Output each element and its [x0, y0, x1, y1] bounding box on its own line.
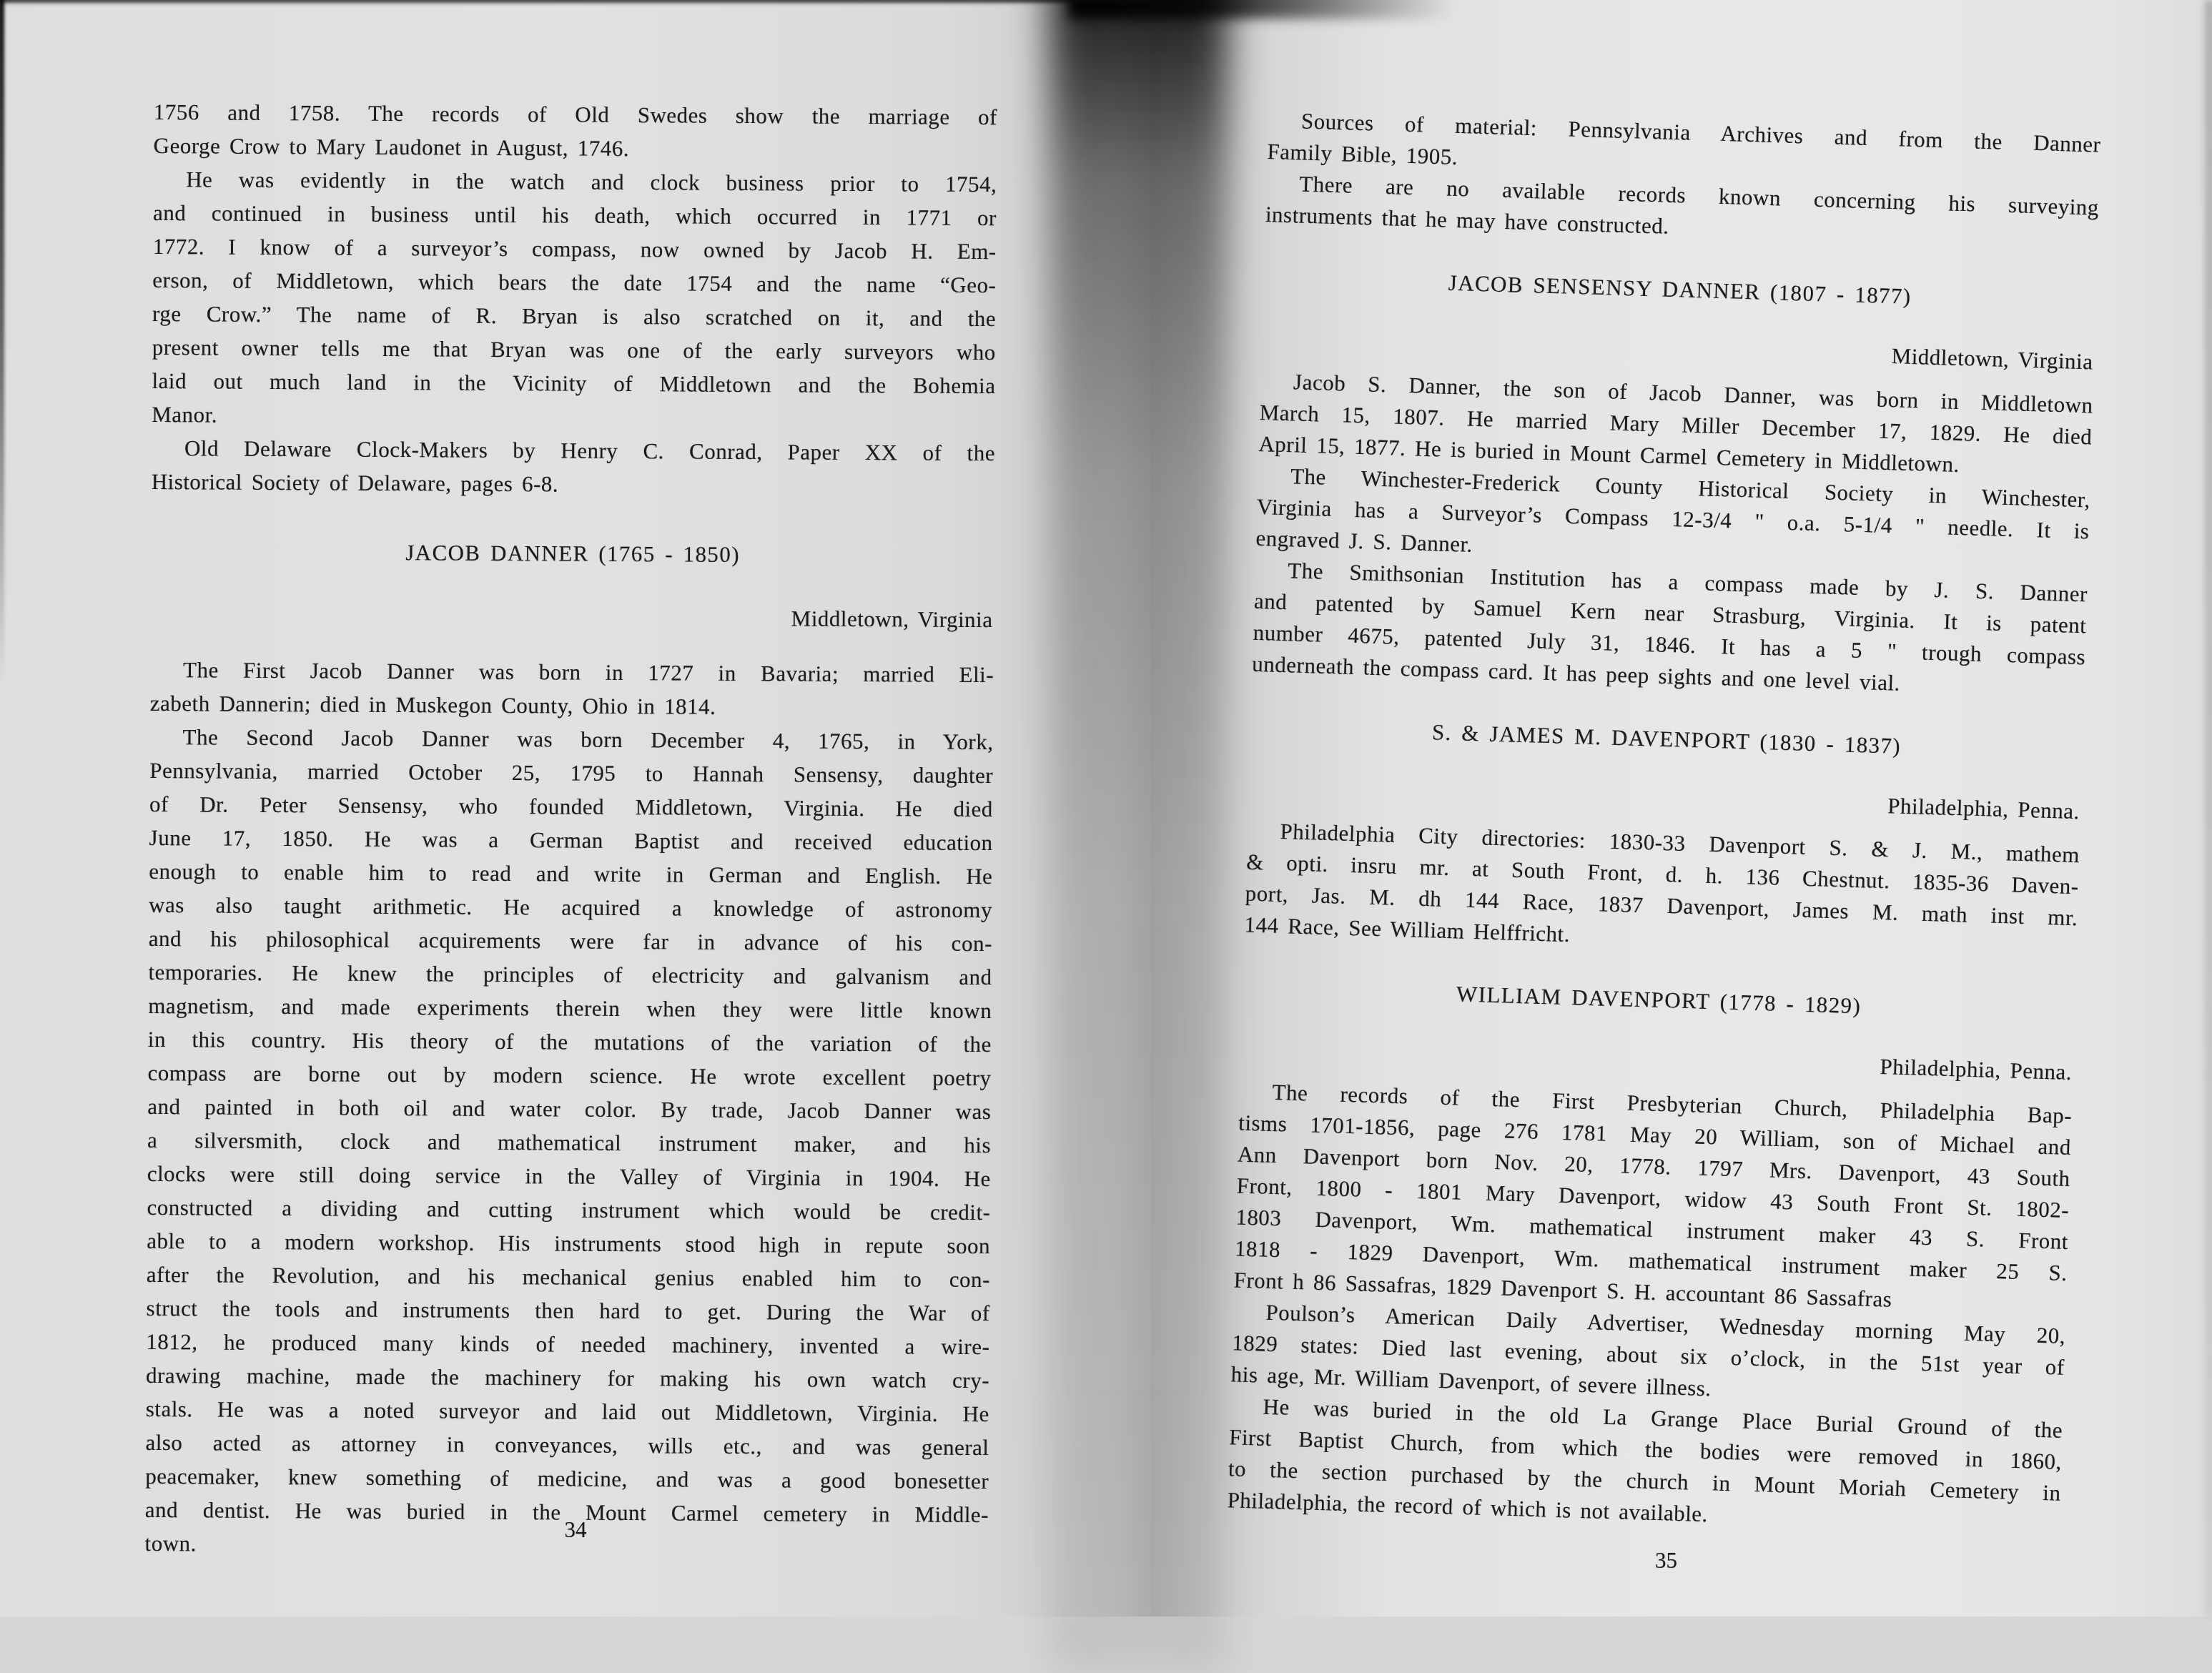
paragraph: He was evidently in the watch and clock … — [152, 162, 997, 436]
text-line: stals. He was a noted surveyor and laid … — [146, 1392, 989, 1431]
text-line: George Crow to Mary Laudonet in August, … — [153, 129, 997, 167]
paragraph: He was buried in the old La Grange Place… — [1227, 1390, 2063, 1540]
text-line: and his philosophical acquirements were … — [149, 922, 992, 960]
paragraph: The records of the First Presbyterian Ch… — [1233, 1076, 2073, 1321]
scan-left-edge — [0, 0, 4, 720]
text-line: He was evidently in the watch and clock … — [153, 162, 997, 201]
paragraph: The Second Jacob Danner was born Decembe… — [144, 720, 993, 1565]
text-line: also acted as attorney in conveyances, w… — [145, 1426, 989, 1464]
page-35-text: Sources of material: Pennsylvania Archiv… — [1227, 104, 2101, 1541]
text-line: Historical Society of Delaware, pages 6-… — [152, 465, 995, 503]
text-line: peacemaker, knew something of medicine, … — [145, 1459, 989, 1498]
text-line: and continued in business until his deat… — [153, 196, 997, 235]
text-line: 1756 and 1758. The records of Old Swedes… — [154, 95, 997, 134]
text-line: and painted in both oil and water color.… — [147, 1090, 991, 1128]
text-line: drawing machine, made the machinery for … — [146, 1358, 989, 1397]
text-line: was also taught arithmetic. He acquired … — [149, 888, 992, 927]
text-line: laid out much land in the Vicinity of Mi… — [152, 364, 995, 403]
text-line: of Dr. Peter Sensensy, who founded Middl… — [149, 787, 993, 826]
paragraph: 1756 and 1758. The records of Old Swedes… — [153, 95, 997, 167]
text-line: after the Revolution, and his mechanical… — [147, 1258, 990, 1296]
text-line: present owner tells me that Bryan was on… — [152, 330, 996, 369]
heading: WILLIAM DAVENPORT (1778 - 1829) — [1242, 972, 2075, 1029]
text-line: 1812, he produced many kinds of needed m… — [146, 1325, 989, 1363]
gutter-shadow — [1050, 0, 1228, 1617]
text-line: rge Crow.” The name of R. Bryan is also … — [152, 297, 996, 335]
location: Middletown, Virginia — [150, 598, 994, 636]
text-line: Old Delaware Clock-Makers by Henry C. Co… — [152, 431, 995, 470]
text-line: 1772. I know of a surveyor’s compass, no… — [153, 230, 997, 268]
text-line: struct the tools and instruments then ha… — [146, 1291, 989, 1330]
paragraph: The First Jacob Danner was born in 1727 … — [150, 653, 994, 725]
paragraph: The Smithsonian Institution has a compas… — [1252, 554, 2088, 704]
text-line: The Second Jacob Danner was born Decembe… — [149, 720, 993, 759]
heading: JACOB SENSENSY DANNER (1807 - 1877) — [1263, 262, 2097, 318]
page-34-text: 1756 and 1758. The records of Old Swedes… — [144, 95, 997, 1565]
book-scan: 1756 and 1758. The records of Old Swedes… — [0, 0, 2212, 1617]
text-line: temporaries. He knew the principles of e… — [148, 955, 992, 994]
page-number-right: 35 — [1250, 1548, 2083, 1574]
paragraph: Philadelphia City directories: 1830-33 D… — [1244, 815, 2080, 965]
text-line: Pennsylvania, married October 25, 1795 t… — [149, 754, 993, 792]
heading: JACOB DANNER (1765 - 1850) — [151, 534, 994, 573]
paragraph: Old Delaware Clock-Makers by Henry C. Co… — [152, 431, 996, 503]
text-line: a silversmith, clock and mathematical in… — [147, 1123, 991, 1162]
text-line: The First Jacob Danner was born in 1727 … — [150, 653, 994, 691]
text-line: magnetism, and made experiments therein … — [148, 989, 992, 1027]
scan-top-edge — [0, 0, 1151, 3]
text-line: Manor. — [152, 398, 995, 436]
page-number-left: 34 — [154, 1517, 997, 1543]
scan-right-edge — [2205, 0, 2212, 1617]
text-line: constructed a dividing and cutting instr… — [147, 1190, 990, 1229]
text-line: able to a modern workshop. His instrumen… — [147, 1224, 990, 1263]
text-line: zabeth Dannerin; died in Muskegon County… — [150, 686, 994, 725]
text-line: erson, of Middletown, which bears the da… — [152, 263, 996, 302]
text-line: June 17, 1850. He was a German Baptist a… — [149, 821, 993, 859]
text-line: clocks were still doing service in the V… — [147, 1157, 991, 1195]
text-line: in this country. His theory of the mutat… — [148, 1022, 992, 1061]
text-line: compass are borne out by modern science.… — [148, 1056, 992, 1095]
heading: S. & JAMES M. DAVENPORT (1830 - 1837) — [1250, 711, 2083, 768]
text-line: enough to enable him to read and write i… — [149, 854, 992, 893]
